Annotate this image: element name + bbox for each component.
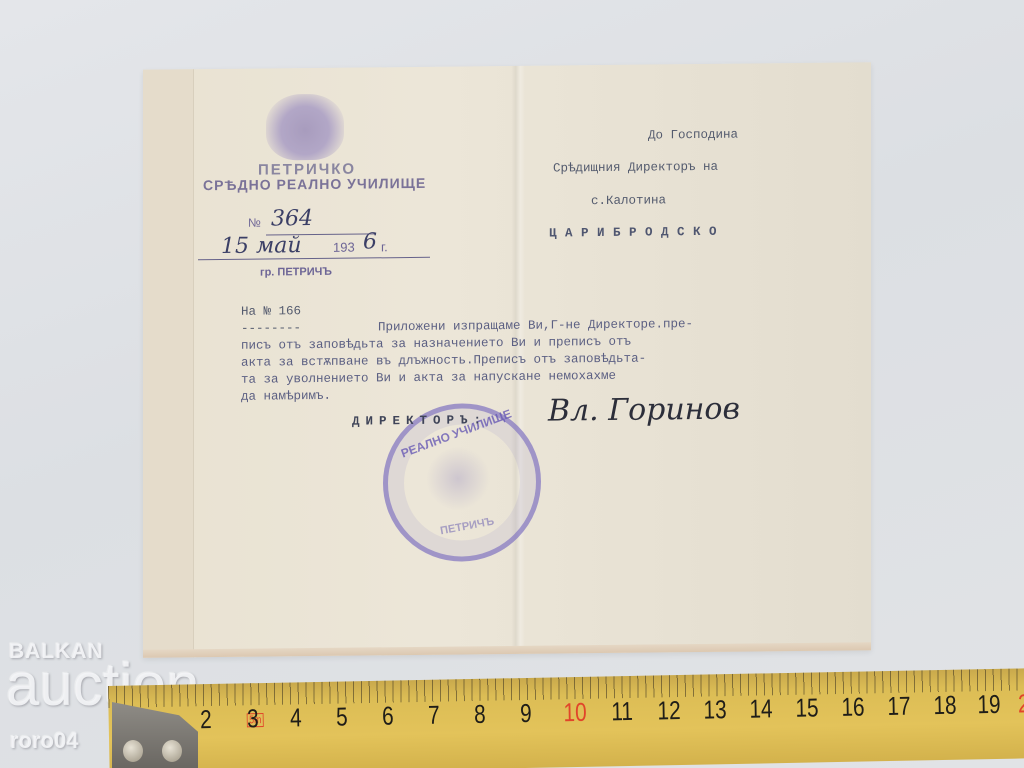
tape-number: 4: [290, 702, 302, 733]
watermark-user: roro04: [10, 728, 78, 754]
tape-number-red: 10: [563, 697, 587, 728]
addressee-line4: ЦАРИБРОДСКО: [549, 225, 725, 241]
tape-number: 16: [841, 691, 865, 722]
year-suffix: 6: [363, 229, 377, 254]
director-title: ДИРЕКТОРЪ:: [352, 413, 487, 428]
rivet-icon: [123, 740, 143, 762]
tape-number: 2: [200, 704, 212, 735]
letter-document: ПЕТРИЧКО СРѢДНО РЕАЛНО УЧИЛИЩЕ № 364 15 …: [143, 62, 871, 658]
reference-dashes: --------: [241, 321, 301, 336]
year-prefix: 193: [333, 240, 355, 255]
round-stamp-bottom-text: ПЕТРИЧЪ: [439, 516, 495, 538]
school-stamp-line2: СРѢДНО РЕАЛНО УЧИЛИЩЕ: [203, 175, 426, 193]
year-unit: г.: [381, 239, 388, 254]
document-number: 364: [271, 206, 313, 231]
addressee-line1: До Господина: [648, 128, 738, 143]
body-line1: Приложени изпращаме Ви,Г-не Директоре.пр…: [378, 317, 693, 334]
document-date: 15 май: [221, 233, 302, 259]
tape-number: 3: [247, 703, 259, 734]
tape-number: 9: [520, 698, 532, 729]
paper-bottom-edge: [143, 642, 871, 658]
stamp-city: гр. ПЕТРИЧЪ: [260, 266, 332, 279]
addressee-line2: Срѣдищния Директоръ на: [553, 160, 718, 176]
tape-number: 14: [749, 693, 773, 724]
measuring-tape: 2 5m 3 4 5 6 7 8 9 10 11 12 13 14 15 16 …: [108, 668, 1024, 768]
reference-number: На № 166: [241, 304, 301, 319]
body-line4: та за уволнението Ви и акта за напускане…: [241, 369, 616, 387]
director-signature: Вл. Горинов: [548, 392, 740, 429]
body-line2: писъ отъ заповѣдьта за назначението Ви и…: [241, 335, 631, 353]
rivet-icon: [162, 740, 182, 762]
tape-number: 7: [428, 700, 440, 731]
coat-of-arms-icon: [266, 94, 344, 161]
stamp-crest-icon: [426, 446, 490, 511]
tape-number: 18: [933, 690, 957, 721]
tape-number: 12: [657, 695, 681, 726]
body-line3: акта за встѫпване въ длъжность.Преписъ о…: [241, 352, 646, 370]
tape-number: 11: [611, 696, 633, 727]
tape-number: 8: [474, 699, 486, 730]
tape-number-red: 2: [1018, 688, 1024, 719]
number-label: №: [248, 216, 261, 230]
body-line5: да намѣримъ.: [241, 389, 331, 404]
tape-number: 6: [382, 701, 394, 732]
tape-number: 15: [795, 692, 819, 723]
paper-margin-strip: [143, 69, 194, 658]
addressee-line3: с.Калотина: [591, 193, 666, 208]
tape-number: 5: [336, 701, 348, 732]
tape-number: 13: [703, 694, 727, 725]
tape-number: 17: [887, 691, 911, 722]
tape-number: 19: [977, 689, 1001, 720]
